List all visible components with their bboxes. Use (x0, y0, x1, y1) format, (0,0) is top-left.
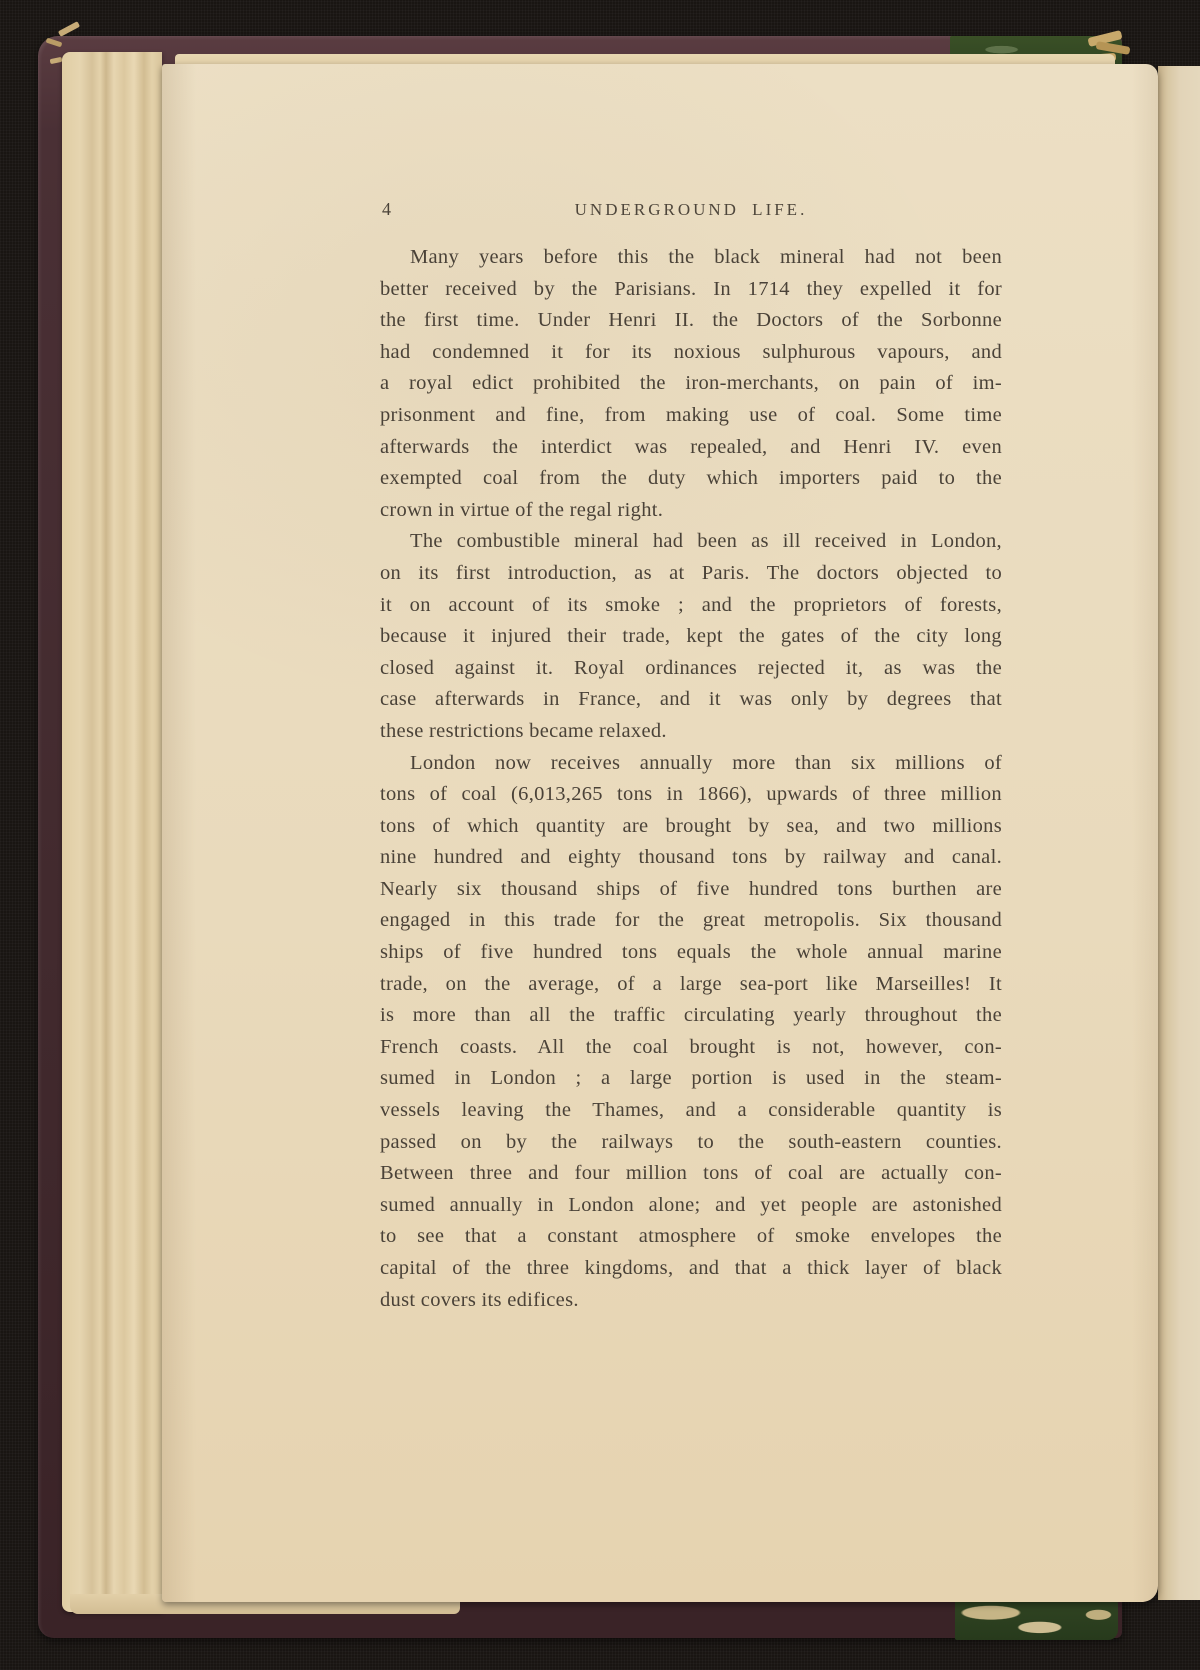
text-line: French coasts. All the coal brought is n… (380, 1032, 1002, 1064)
text-block: 4 UNDERGROUND LIFE. Many years before th… (380, 196, 1002, 1316)
text-line: Between three and four million tons of c… (380, 1158, 1002, 1190)
text-line: Nearly six thousand ships of five hundre… (380, 874, 1002, 906)
text-line: vessels leaving the Thames, and a consid… (380, 1095, 1002, 1127)
text-line: it on account of its smoke ; and the pro… (380, 590, 1002, 622)
paragraph: Many years before this the black mineral… (380, 242, 1002, 526)
text-line: nine hundred and eighty thousand tons by… (380, 842, 1002, 874)
book-scan-scene: 4 UNDERGROUND LIFE. Many years before th… (0, 0, 1200, 1670)
running-header-title: UNDERGROUND LIFE. (380, 196, 1002, 220)
text-line: tons of coal (6,013,265 tons in 1866), u… (380, 779, 1002, 811)
running-header: 4 UNDERGROUND LIFE. (380, 196, 1002, 222)
page-number: 4 (382, 199, 391, 220)
text-line: better received by the Parisians. In 171… (380, 274, 1002, 306)
text-line: because it injured their trade, kept the… (380, 621, 1002, 653)
paragraph: The combustible mineral had been as ill … (380, 526, 1002, 747)
text-line: crown in virtue of the regal right. (380, 495, 1002, 527)
text-line: had condemned it for its noxious sulphur… (380, 337, 1002, 369)
text-line: case afterwards in France, and it was on… (380, 684, 1002, 716)
text-line: to see that a constant atmosphere of smo… (380, 1221, 1002, 1253)
text-line: passed on by the railways to the south-e… (380, 1127, 1002, 1159)
cover-green-corner-bottom (955, 1598, 1118, 1640)
book-page: 4 UNDERGROUND LIFE. Many years before th… (162, 64, 1158, 1602)
text-line: capital of the three kingdoms, and that … (380, 1253, 1002, 1285)
text-line: a royal edict prohibited the iron-mercha… (380, 368, 1002, 400)
text-line: trade, on the average, of a large sea-po… (380, 969, 1002, 1001)
text-line: is more than all the traffic circulating… (380, 1000, 1002, 1032)
text-line: tons of which quantity are brought by se… (380, 811, 1002, 843)
paragraph: London now receives annually more than s… (380, 748, 1002, 1317)
text-line: London now receives annually more than s… (380, 748, 1002, 780)
text-line: ships of five hundred tons equals the wh… (380, 937, 1002, 969)
page-edge-stack-left (62, 52, 162, 1612)
text-line: afterwards the interdict was repealed, a… (380, 432, 1002, 464)
book-gutter (1158, 66, 1200, 1600)
text-line: these restrictions became relaxed. (380, 716, 1002, 748)
body-text: Many years before this the black mineral… (380, 242, 1002, 1316)
text-line: sumed annually in London alone; and yet … (380, 1190, 1002, 1222)
text-line: exempted coal from the duty which import… (380, 463, 1002, 495)
text-line: Many years before this the black mineral… (380, 242, 1002, 274)
text-line: prisonment and fine, from making use of … (380, 400, 1002, 432)
text-line: on its first introduction, as at Paris. … (380, 558, 1002, 590)
text-line: dust covers its edifices. (380, 1285, 1002, 1317)
text-line: engaged in this trade for the great metr… (380, 905, 1002, 937)
text-line: The combustible mineral had been as ill … (380, 526, 1002, 558)
text-line: the first time. Under Henri II. the Doct… (380, 305, 1002, 337)
text-line: sumed in London ; a large portion is use… (380, 1063, 1002, 1095)
text-line: closed against it. Royal ordinances reje… (380, 653, 1002, 685)
